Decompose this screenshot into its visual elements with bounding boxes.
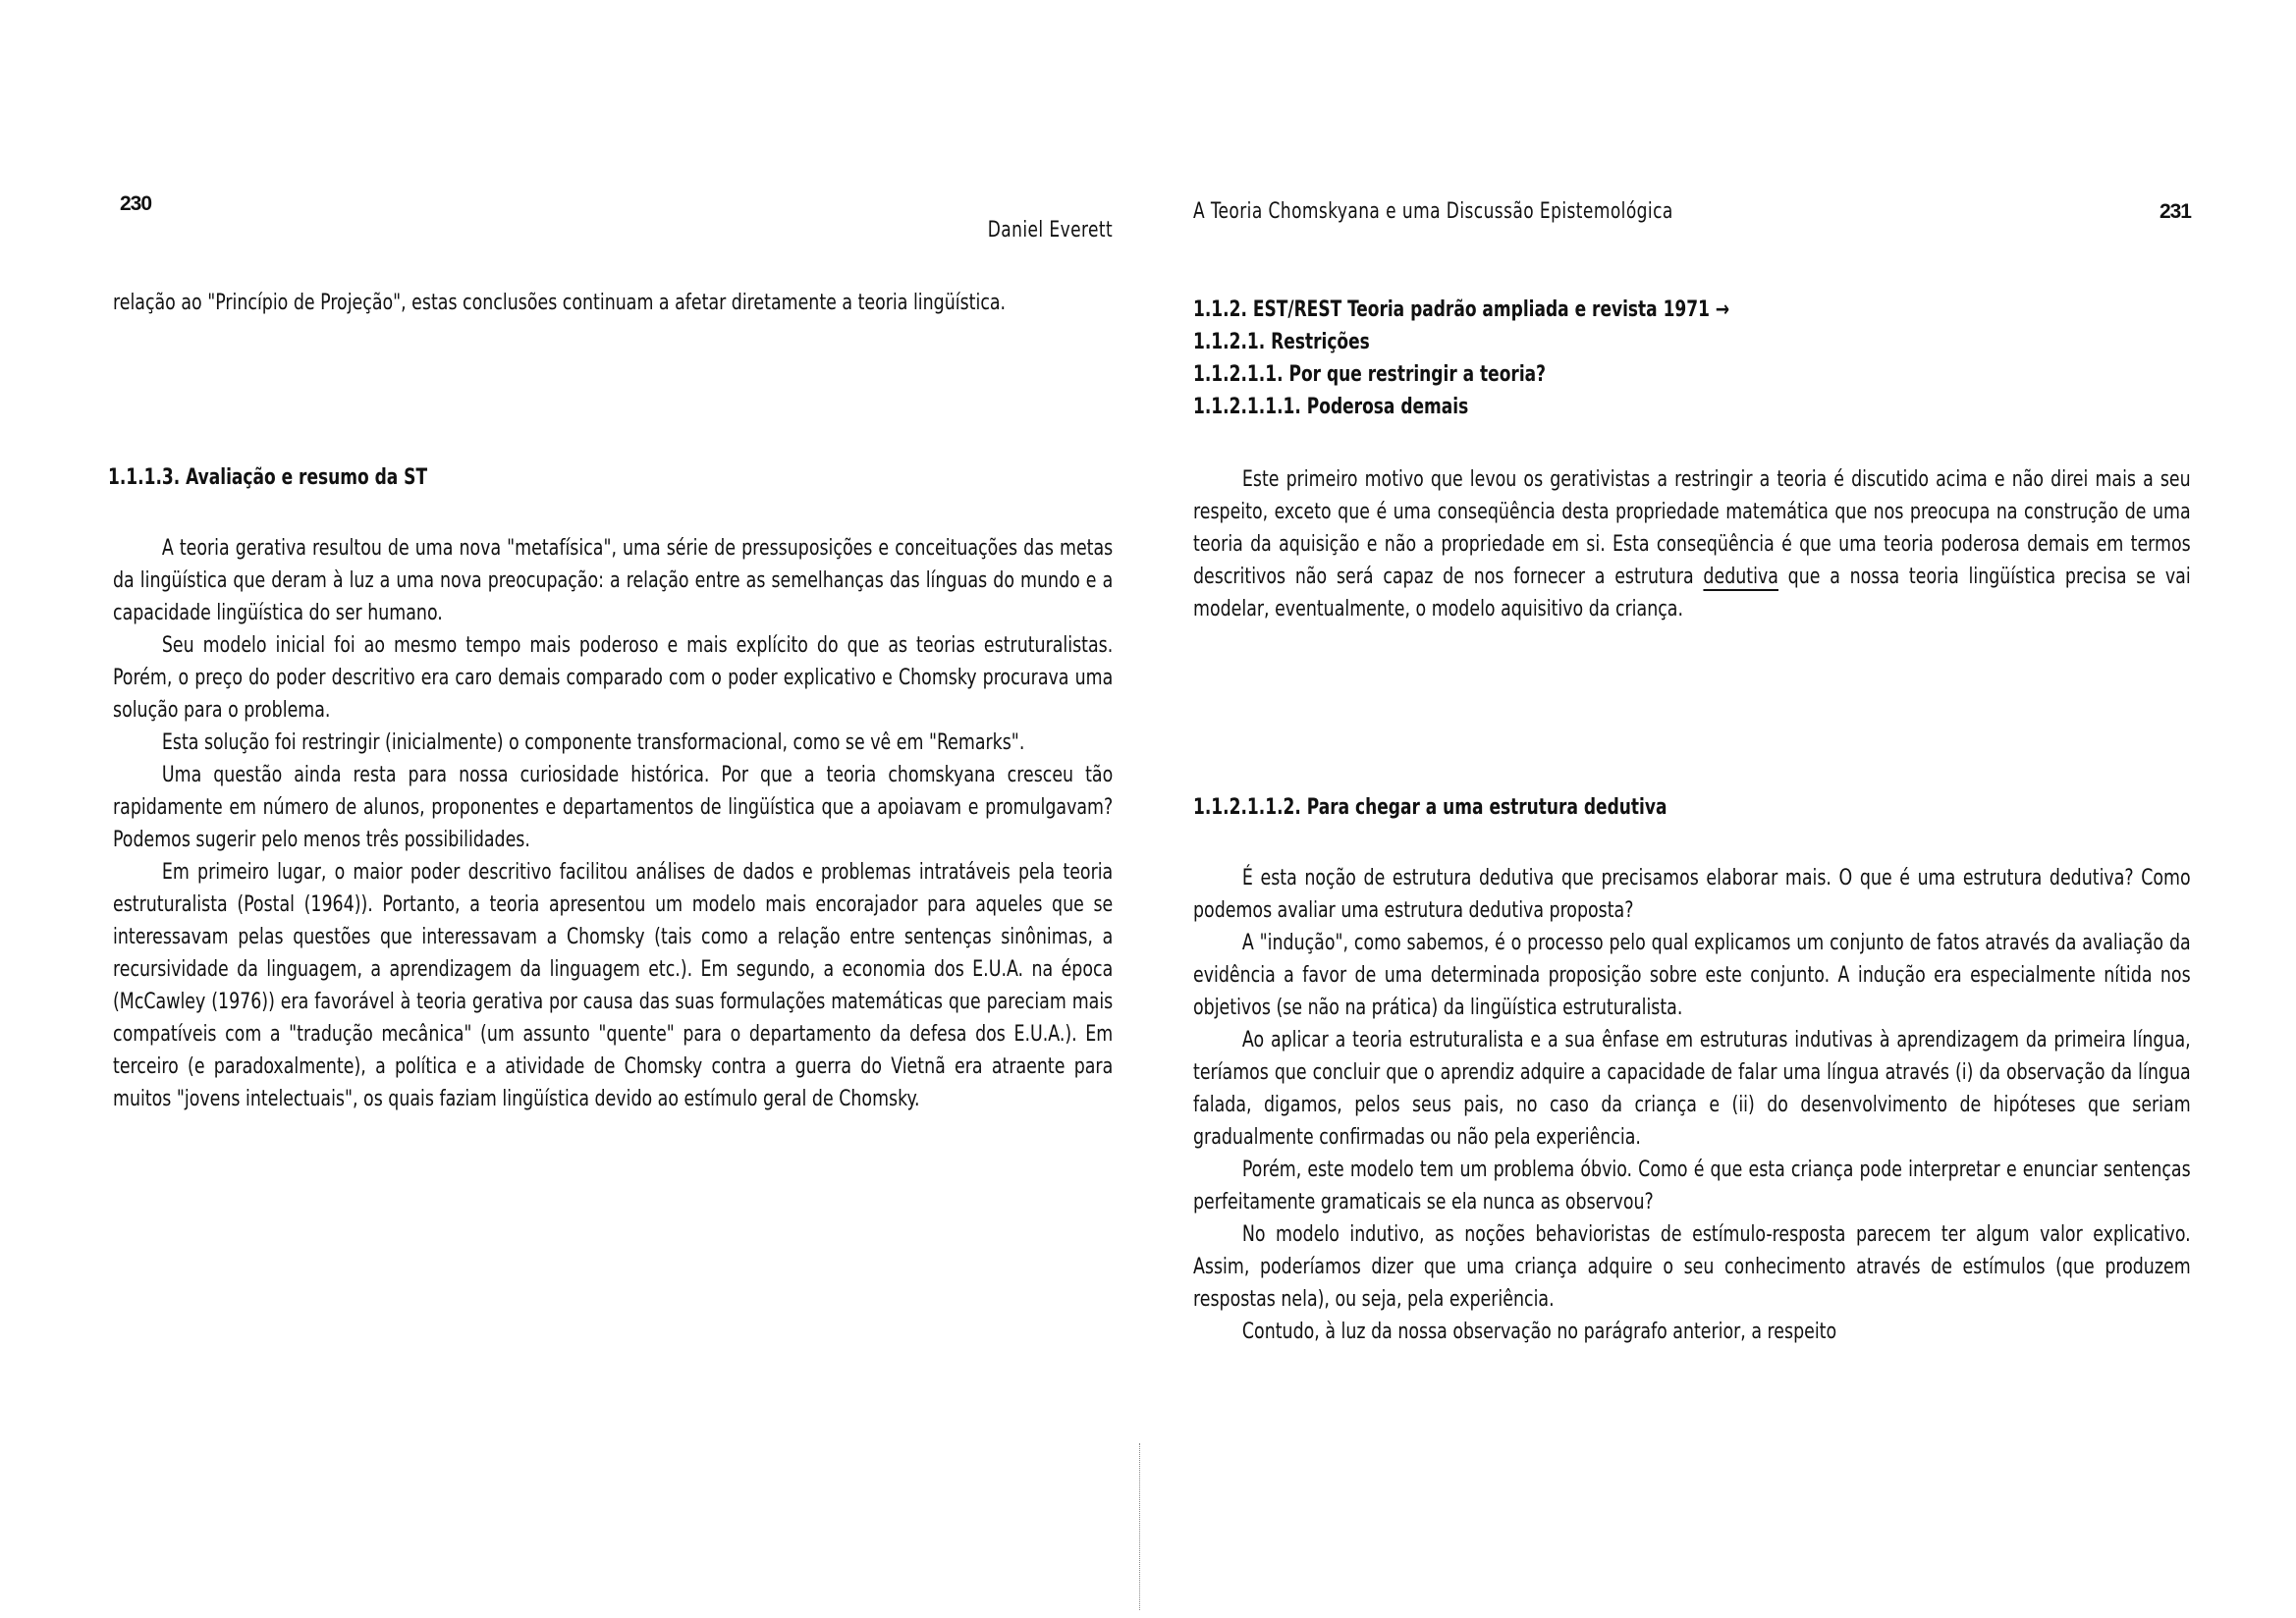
right-page: A Teoria Chomskyana e uma Discussão Epis… xyxy=(1193,0,2191,1618)
body-column: É esta noção de estrutura dedutiva que p… xyxy=(1193,862,2191,1348)
heading-1-1-2-1-1-1: 1.1.2.1.1.1. Poderosa demais xyxy=(1193,395,1729,427)
heading-stack: 1.1.2. EST/REST Teoria padrão ampliada e… xyxy=(1193,297,1729,427)
underlined-word: dedutiva xyxy=(1703,564,1777,591)
heading-1-1-2-1: 1.1.2.1. Restrições xyxy=(1193,330,1729,362)
paragraph: Contudo, à luz da nossa observação no pa… xyxy=(1193,1316,2191,1348)
paragraph: Uma questão ainda resta para nossa curio… xyxy=(113,759,1113,856)
body-column-top: Este primeiro motivo que levou os gerati… xyxy=(1193,463,2191,625)
continuation-text: relação ao "Princípio de Projeção", esta… xyxy=(113,287,1113,319)
paragraph: Em primeiro lugar, o maior poder descrit… xyxy=(113,856,1113,1115)
heading-1-1-2-1-1: 1.1.2.1.1. Por que restringir a teoria? xyxy=(1193,362,1729,395)
page-number: 230 xyxy=(120,192,151,216)
paragraph: Esta solução foi restringir (inicialment… xyxy=(113,727,1113,759)
continuation-paragraph: relação ao "Princípio de Projeção", esta… xyxy=(113,287,1113,319)
paragraph: Ao aplicar a teoria estruturalista e a s… xyxy=(1193,1024,2191,1154)
paragraph: Este primeiro motivo que levou os gerati… xyxy=(1193,463,2191,625)
paragraph: Seu modelo inicial foi ao mesmo tempo ma… xyxy=(113,629,1113,727)
page-number: 231 xyxy=(2159,200,2191,224)
paragraph: A "indução", como sabemos, é o processo … xyxy=(1193,927,2191,1024)
paragraph: É esta noção de estrutura dedutiva que p… xyxy=(1193,862,2191,927)
paragraph: Porém, este modelo tem um problema óbvio… xyxy=(1193,1154,2191,1218)
running-head-author: Daniel Everett xyxy=(988,218,1113,243)
paragraph: A teoria gerativa resultou de uma nova "… xyxy=(113,532,1113,629)
section-heading: 1.1.1.3. Avaliação e resumo da ST xyxy=(108,465,427,490)
body-column: A teoria gerativa resultou de uma nova "… xyxy=(113,532,1113,1115)
left-page: 230 Daniel Everett relação ao "Princípio… xyxy=(113,0,1113,1618)
paragraph: No modelo indutivo, as noções behavioris… xyxy=(1193,1218,2191,1316)
heading-1-1-2: 1.1.2. EST/REST Teoria padrão ampliada e… xyxy=(1193,297,1729,330)
running-head-title: A Teoria Chomskyana e uma Discussão Epis… xyxy=(1193,199,1673,224)
section-heading: 1.1.2.1.1.2. Para chegar a uma estrutura… xyxy=(1193,795,1667,820)
gutter-scan-mark xyxy=(1139,1443,1140,1610)
